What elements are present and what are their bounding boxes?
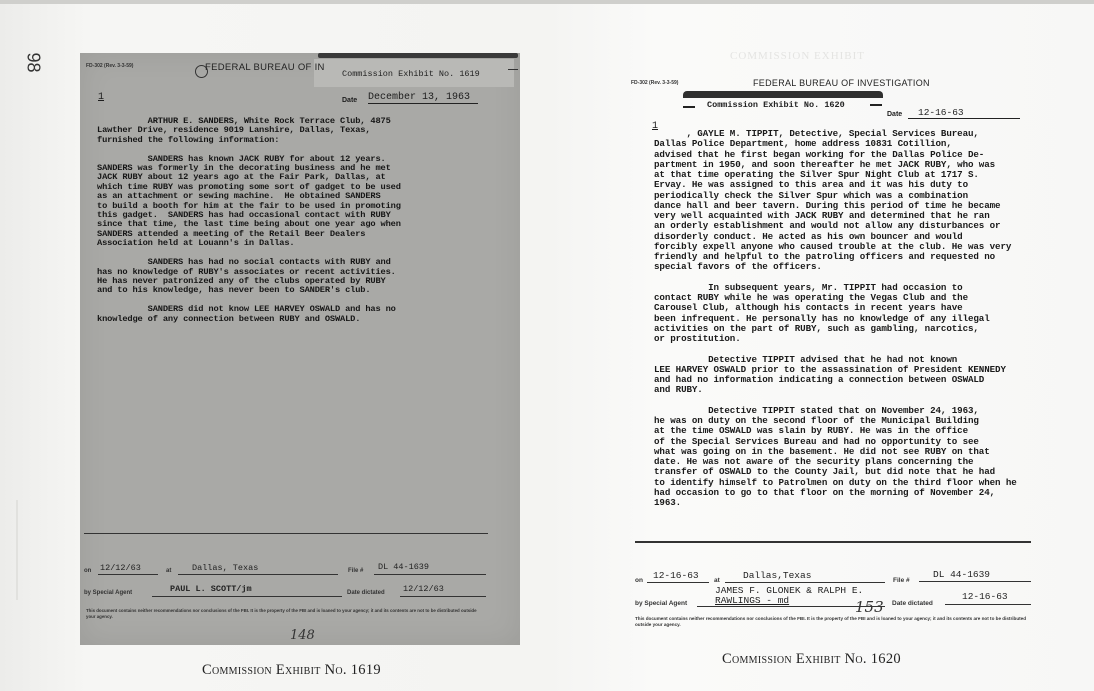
interview-location: Dallas, Texas	[192, 563, 258, 573]
handwritten-number: 148	[290, 628, 315, 643]
exhibit-1619-caption: Commission Exhibit No. 1619	[202, 662, 381, 679]
date-value: December 13, 1963	[368, 92, 478, 104]
dictated-label: Date dictated	[892, 600, 933, 607]
body-line: 1963.	[654, 498, 1074, 508]
agency-header: FEDERAL BUREAU OF INVESTIGATION	[753, 78, 930, 88]
underline	[400, 596, 486, 597]
body-line: had occasion to go to that floor on the …	[654, 488, 1074, 498]
at-label: at	[166, 568, 171, 574]
margin-mark	[16, 500, 30, 600]
bleed-through-text: COMMISSION EXHIBIT	[730, 50, 865, 62]
header-dash	[508, 69, 518, 70]
on-label: on	[635, 577, 643, 584]
file-label: File #	[893, 577, 910, 584]
form-id: FD-302 (Rev. 3-3-59)	[631, 80, 678, 86]
disclaimer: This document contains neither recommend…	[635, 616, 1035, 628]
file-number: DL 44-1639	[933, 569, 990, 580]
agent-label: by Special Agent	[84, 590, 132, 596]
underline	[98, 574, 158, 575]
file-label: File #	[348, 568, 363, 574]
agent-name-line2: RAWLINGS - md	[715, 595, 789, 606]
underline	[374, 574, 486, 575]
underline	[647, 582, 709, 583]
body-line: and RUBY.	[654, 385, 1074, 395]
page-marker: 1	[98, 92, 104, 103]
body-line: Carousel Club, although his contacts in …	[654, 303, 1074, 313]
body-line: transfer of OSWALD to the County Jail, b…	[654, 467, 1074, 477]
body-line: an orderly establishment and would not a…	[654, 221, 1074, 231]
body-line: knowledge of any connection between RUBY…	[97, 315, 517, 324]
disclaimer: This document contains neither recommend…	[86, 608, 486, 619]
date-label: Date	[887, 111, 902, 118]
agency-header: FEDERAL BUREAU OF IN	[205, 62, 325, 73]
interview-location: Dallas,Texas	[743, 570, 811, 581]
underline	[919, 581, 1031, 582]
interview-date: 12-16-63	[653, 570, 699, 581]
at-label: at	[714, 577, 720, 584]
body-line: or prostitution.	[654, 334, 1074, 344]
document-body: ARTHUR E. SANDERS, White Rock Terrace Cl…	[97, 117, 517, 324]
date-value: 12-16-63	[908, 107, 1020, 119]
body-line: Association held at Louann's in Dallas.	[97, 239, 517, 248]
exhibit-1619-document: FD-302 (Rev. 3-3-59) FEDERAL BUREAU OF I…	[80, 53, 520, 645]
body-line: Dallas Police Department, home address 1…	[654, 139, 1074, 149]
body-line: Ervay. He was assigned to this area and …	[654, 180, 1074, 190]
form-id: FD-302 (Rev. 3-3-59)	[86, 63, 133, 69]
document-body: , GAYLE M. TIPPIT, Detective, Special Se…	[654, 129, 1074, 508]
exhibit-1620-caption: Commission Exhibit No. 1620	[722, 651, 901, 668]
exhibit-label: Commission Exhibit No. 1620	[707, 100, 845, 110]
header-dash	[683, 106, 695, 108]
body-line: and had no information indicating a conn…	[654, 375, 1074, 385]
body-line: and to his knowledge, has never been to …	[97, 286, 517, 295]
underline	[152, 596, 342, 597]
page-number: 98	[23, 48, 44, 78]
handwritten-number: 153	[855, 598, 884, 616]
dictated-date: 12-16-63	[962, 591, 1008, 602]
underline	[178, 574, 338, 575]
underline	[945, 604, 1031, 605]
interview-date: 12/12/63	[100, 563, 141, 573]
body-line: special favors of the officers.	[654, 262, 1074, 272]
agent-label: by Special Agent	[635, 600, 687, 607]
file-number: DL 44-1639	[378, 562, 429, 572]
header-bar	[683, 91, 883, 98]
footer-separator	[635, 541, 1031, 543]
footer-separator	[84, 533, 488, 534]
body-line: furnished the following information:	[97, 136, 517, 145]
date-label: Date	[342, 97, 357, 104]
header-bar	[318, 53, 518, 58]
header-dash	[870, 104, 882, 106]
agent-name: PAUL L. SCOTT/jm	[170, 584, 252, 594]
exhibit-label: Commission Exhibit No. 1619	[342, 69, 480, 79]
dictated-date: 12/12/63	[403, 584, 444, 594]
underline	[725, 582, 885, 583]
exhibit-1620-document: FD-302 (Rev. 3-3-59) FEDERAL BUREAU OF I…	[625, 70, 1045, 650]
dictated-label: Date dictated	[347, 590, 385, 596]
on-label: on	[84, 568, 91, 574]
page-top-edge	[0, 0, 1094, 4]
body-line	[654, 344, 1074, 354]
body-line: at the time OSWALD was slain by RUBY. He…	[654, 426, 1074, 436]
